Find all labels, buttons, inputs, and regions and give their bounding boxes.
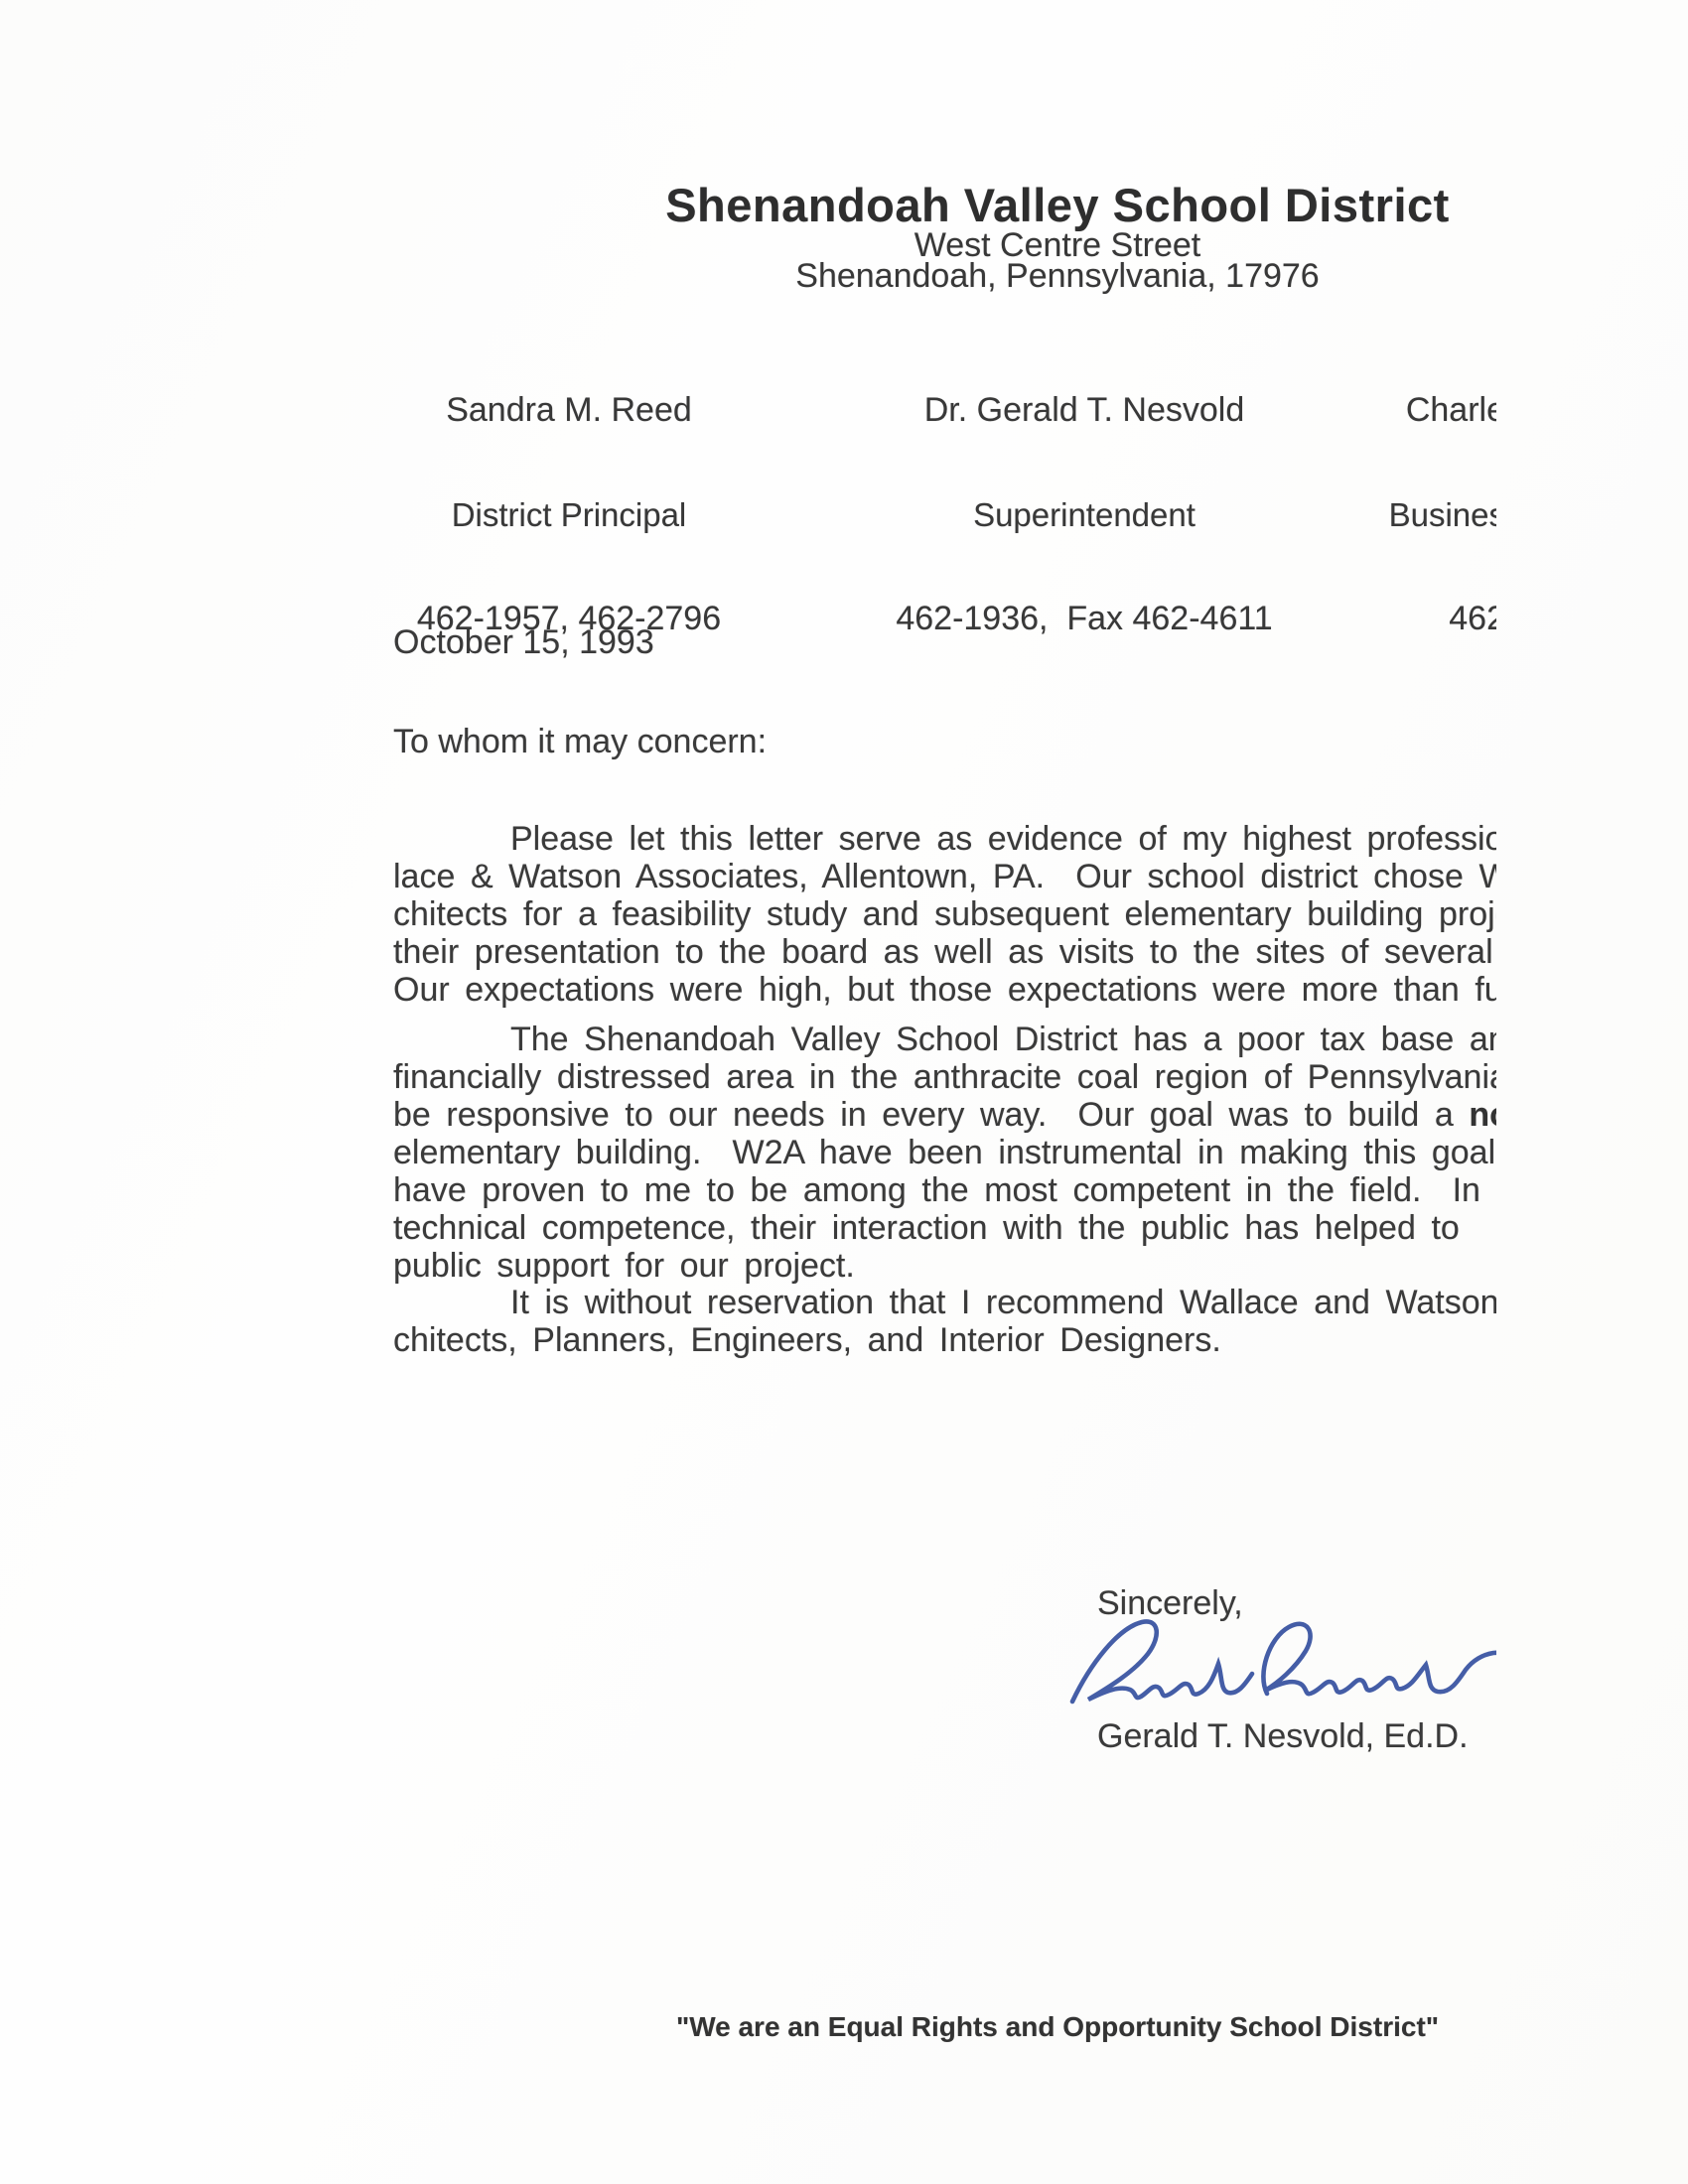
contact-column-business-clipped: Charle Busines 462 [1389, 324, 1496, 706]
body-line: It is without reservation that I recomme… [393, 1284, 1496, 1321]
signature-ink [1060, 1602, 1496, 1723]
body-line: be responsive to our needs in every way.… [393, 1096, 1496, 1134]
letter-date: October 15, 1993 [393, 623, 654, 662]
signer-name: Gerald T. Nesvold, Ed.D. [1097, 1717, 1469, 1756]
footer-motto: "We are an Equal Rights and Opportunity … [556, 2011, 1496, 2043]
body-line: The Shenandoah Valley School District ha… [393, 1021, 1496, 1058]
body-line: public support for our project. [393, 1247, 1496, 1285]
body-line: financially distressed area in the anthr… [393, 1058, 1496, 1096]
body-line-text: be responsive to our needs in every way.… [393, 1096, 1469, 1134]
letterhead: Shenandoah Valley School District West C… [556, 181, 1496, 292]
body-line: technical competence, their interaction … [393, 1209, 1496, 1247]
body-paragraph: It is without reservation that I recomme… [393, 1284, 1496, 1359]
contact-column-superintendent: Dr. Gerald T. Nesvold Superintendent 462… [852, 324, 1317, 706]
body-line: Please let this letter serve as evidence… [393, 820, 1496, 858]
body-line: chitects, Planners, Engineers, and Inter… [393, 1321, 1496, 1359]
body-line: their presentation to the board as well … [393, 933, 1496, 971]
body-line: chitects for a feasibility study and sub… [393, 895, 1496, 933]
signature-strokes [1072, 1621, 1496, 1702]
contact-name: Charle [1389, 393, 1496, 428]
body-line: have proven to me to be among the most c… [393, 1171, 1496, 1209]
body-line: Our expectations were high, but those ex… [393, 971, 1496, 1009]
body-line: elementary building. W2A have been instr… [393, 1134, 1496, 1171]
contact-name: Dr. Gerald T. Nesvold [852, 393, 1317, 428]
emphasis-no-tax: no ta [1469, 1096, 1496, 1134]
salutation: To whom it may concern: [393, 723, 767, 761]
contact-title: Busines [1389, 497, 1496, 532]
body-paragraph: The Shenandoah Valley School District ha… [393, 1021, 1496, 1285]
scan-content-area: Shenandoah Valley School District West C… [0, 0, 1496, 2184]
body-line: lace & Watson Associates, Allentown, PA.… [393, 858, 1496, 895]
contact-name: Sandra M. Reed [387, 393, 751, 428]
contact-phone: 462-1936, Fax 462-4611 [852, 602, 1317, 636]
district-name: Shenandoah Valley School District [556, 181, 1496, 230]
contact-phone: 462 [1389, 602, 1496, 636]
contact-title: District Principal [387, 497, 751, 532]
scanned-letter-page: Shenandoah Valley School District West C… [0, 0, 1688, 2184]
contact-title: Superintendent [852, 497, 1317, 532]
address-line-2: Shenandoah, Pennsylvania, 17976 [556, 261, 1496, 292]
body-paragraph: Please let this letter serve as evidence… [393, 820, 1496, 1009]
